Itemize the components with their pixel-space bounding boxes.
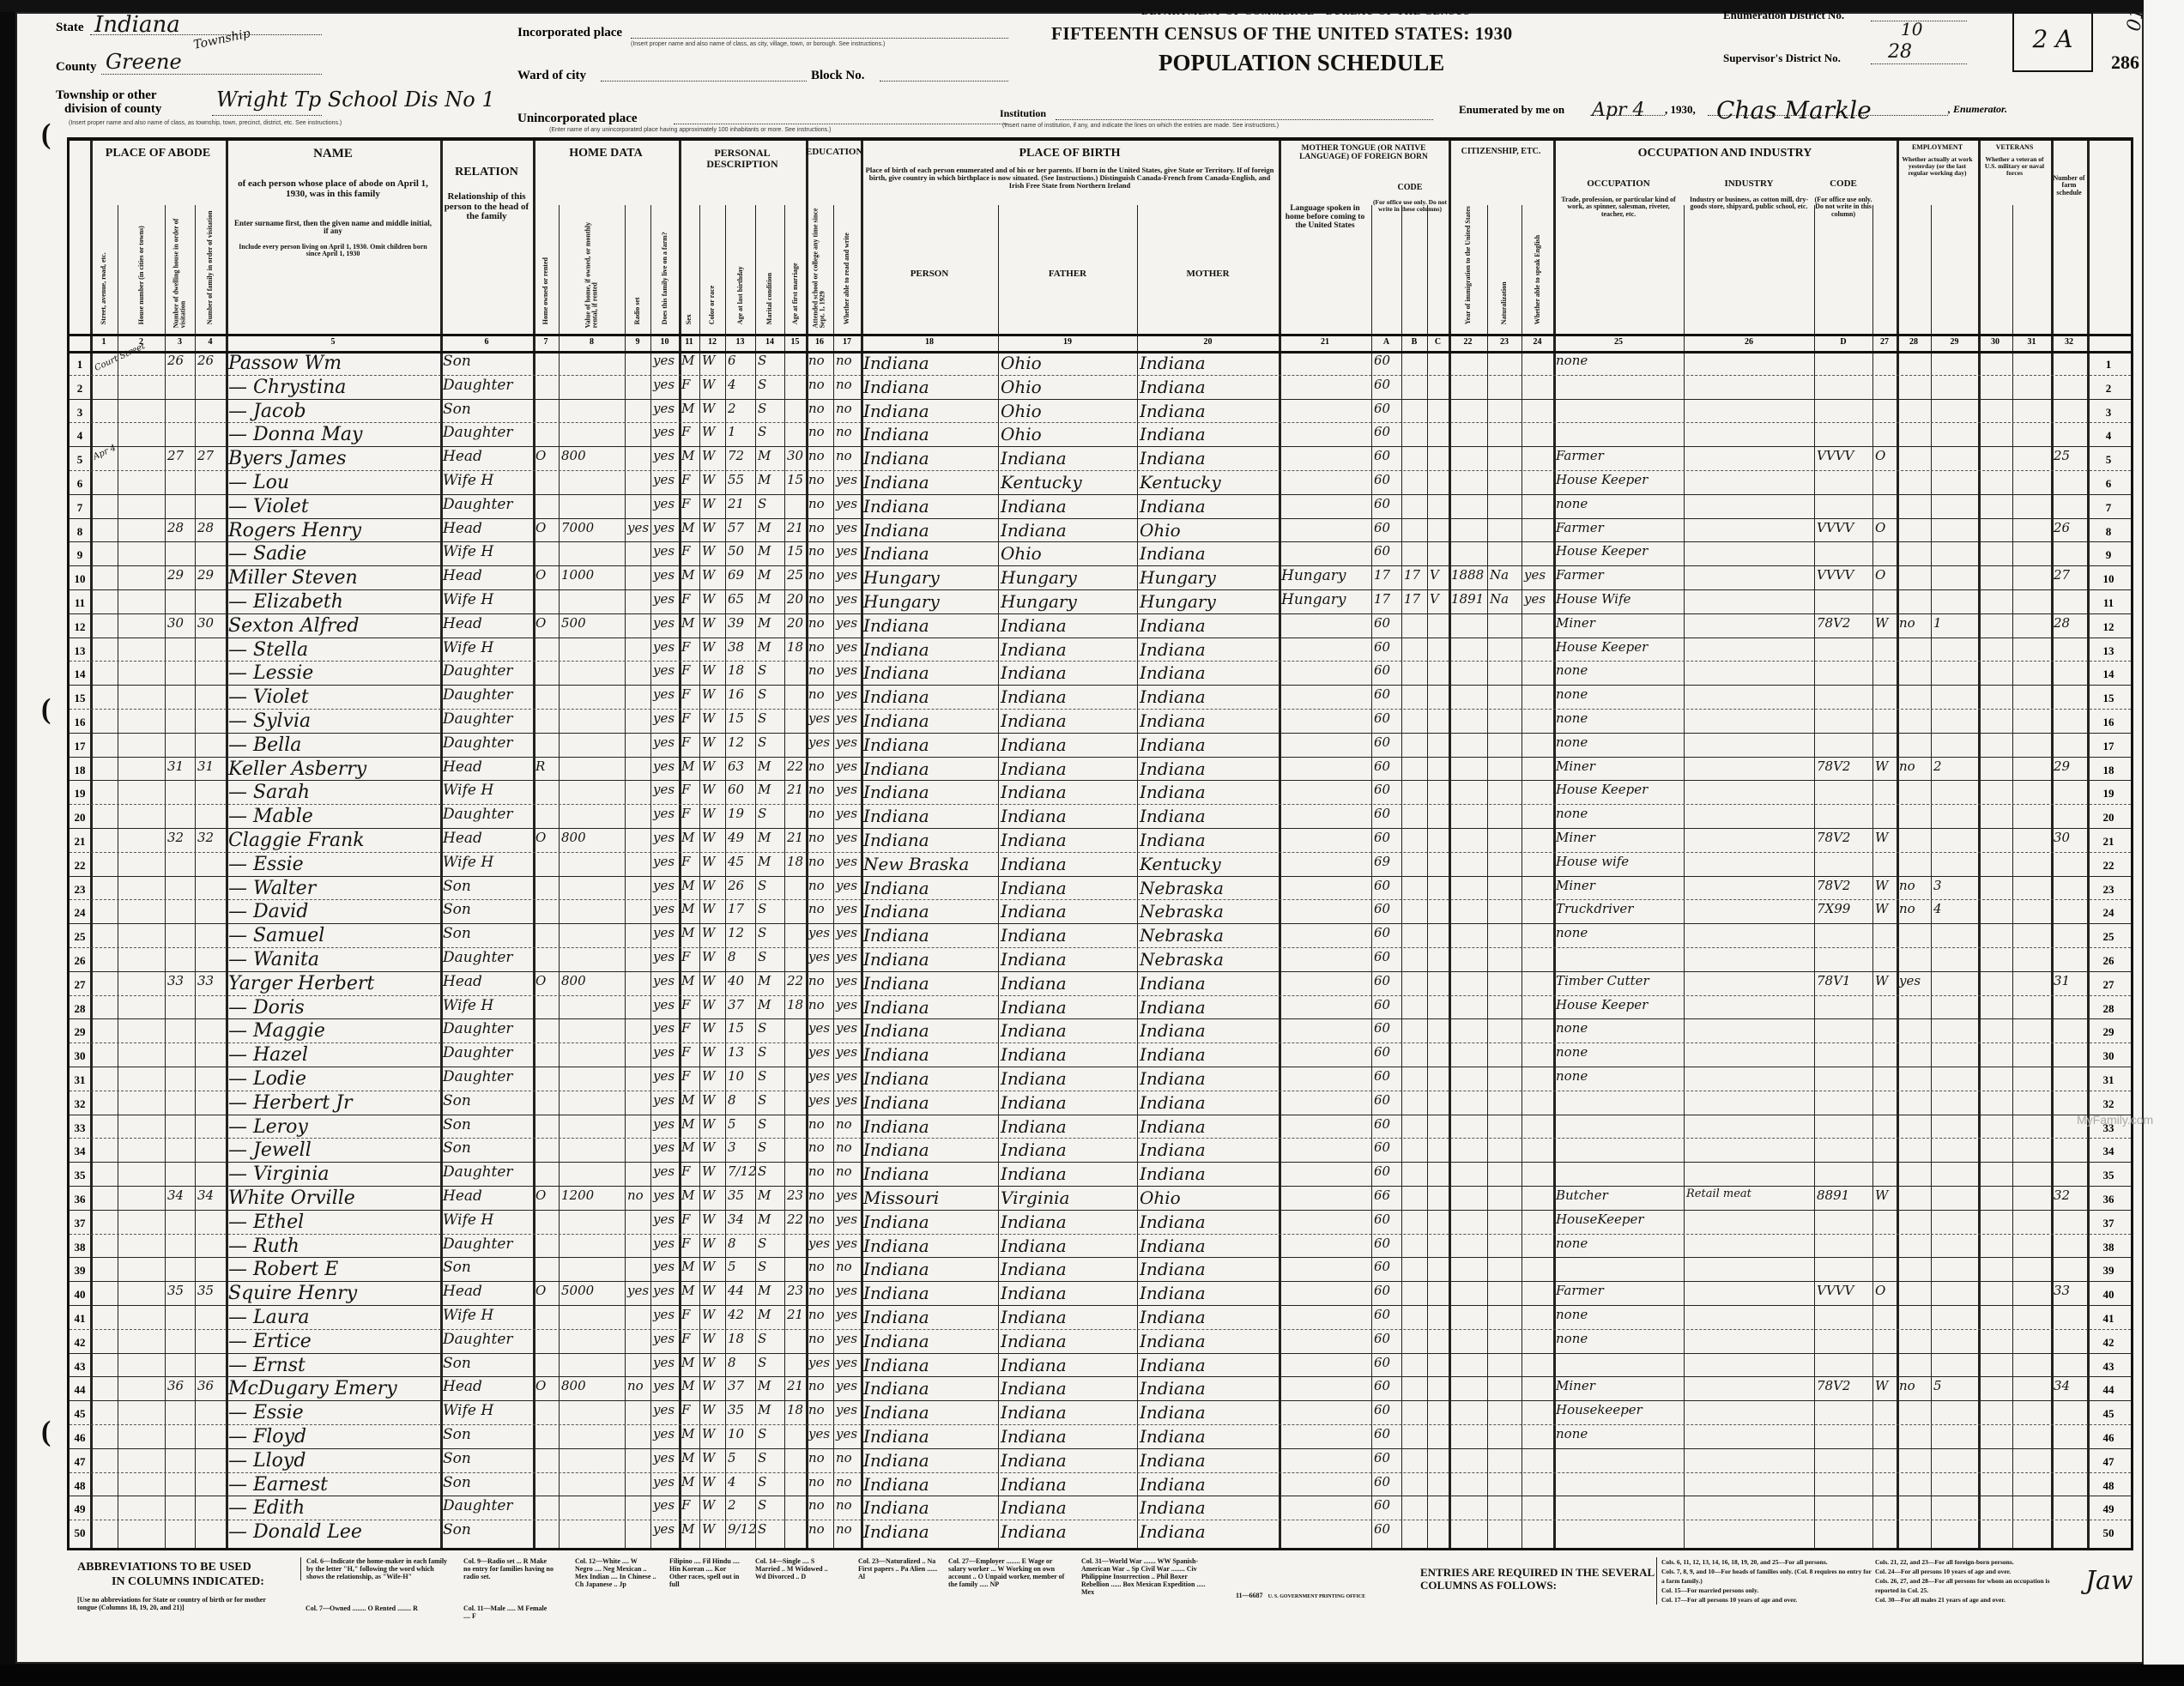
cell-name: — Violet	[228, 686, 309, 708]
line-number: 16	[70, 716, 89, 729]
column-number: 5	[226, 337, 440, 347]
cell-relation: Wife H	[443, 472, 493, 489]
cell-read: yes	[836, 1068, 857, 1084]
cell-race: W	[702, 1307, 715, 1322]
cell-first-marriage: 23	[787, 1283, 803, 1298]
cell-school: no	[808, 878, 825, 893]
cell-name: Squire Henry	[228, 1283, 357, 1304]
cell-class: W	[1875, 615, 1888, 631]
line-number: 45	[2099, 1407, 2118, 1421]
column-number: 30	[1978, 337, 2012, 347]
cell-race: W	[702, 901, 715, 916]
line-number: 35	[70, 1169, 89, 1182]
cell-birth: Indiana	[863, 1068, 929, 1089]
cell-unemp: 2	[1933, 758, 1942, 774]
cell-dwelling: 35	[167, 1283, 184, 1298]
cell-read: yes	[836, 973, 857, 988]
column-number: 1	[90, 337, 118, 347]
cell-code-a: 60	[1374, 1402, 1390, 1417]
cell-mother: Indiana	[1140, 1259, 1206, 1279]
cell-marital: S	[758, 1068, 766, 1084]
cell-relation: Head	[443, 830, 482, 847]
cell-relation: Son	[443, 1092, 471, 1109]
cell-school: no	[808, 448, 825, 463]
cell-farm: yes	[653, 1474, 675, 1490]
cell-race: W	[702, 1521, 715, 1537]
cell-name: Miller Steven	[228, 567, 358, 589]
binding-mark: (	[41, 693, 51, 726]
cell-value: 7000	[561, 520, 594, 535]
table-row: 3838— RuthDaughteryesFW8SyesyesIndianaIn…	[70, 1234, 2131, 1258]
cell-race: W	[702, 806, 715, 821]
cell-farm: yes	[653, 1187, 675, 1203]
cell-code-a: 60	[1374, 520, 1390, 535]
scan-border-bottom	[0, 1665, 2184, 1686]
cell-occupation: House Keeper	[1556, 997, 1648, 1012]
cell-value: 5000	[561, 1283, 594, 1298]
cell-occupation: Miner	[1556, 615, 1595, 631]
abbrev-title-1: ABBREVIATIONS TO BE USED	[77, 1560, 264, 1574]
line-number: 2	[70, 382, 89, 396]
cell-code-c: V	[1430, 591, 1439, 607]
institution-field	[1056, 107, 1433, 120]
cell-farm-sched: 26	[2054, 520, 2070, 535]
cell-name: Keller Asberry	[228, 758, 366, 780]
table-row: 3737— EthelWife HyesFW34M22noyesIndianaI…	[70, 1210, 2131, 1234]
cell-read: no	[836, 1116, 852, 1132]
cell-race: W	[702, 520, 715, 535]
cell-race: W	[702, 377, 715, 392]
cell-age: 26	[728, 878, 744, 893]
cell-school: no	[808, 997, 825, 1012]
cell-read: yes	[836, 520, 857, 535]
column-number: 16	[806, 337, 833, 347]
cell-farm: yes	[653, 639, 675, 655]
cell-class: W	[1875, 973, 1888, 988]
table-row: 3333— LeroySonyesMW5SnonoIndianaIndianaI…	[70, 1115, 2131, 1139]
cell-name: — Earnest	[228, 1474, 328, 1496]
cell-immig: 1891	[1451, 591, 1484, 607]
cell-occupation: Housekeeper	[1556, 1402, 1643, 1417]
cell-read: yes	[836, 496, 857, 511]
header-personal-description: PERSONAL DESCRIPTION	[679, 148, 806, 169]
cell-family: 30	[197, 615, 214, 631]
line-number: 7	[2099, 501, 2118, 515]
cell-name: — Elizabeth	[228, 591, 343, 613]
cell-class: W	[1875, 878, 1888, 893]
cell-father: Indiana	[1001, 1355, 1067, 1375]
cell-farm: yes	[653, 448, 675, 463]
cell-birth: Indiana	[863, 1212, 929, 1232]
line-number: 25	[2099, 930, 2118, 944]
req8: Col. 30—For all males 21 years of age an…	[1875, 1595, 2072, 1604]
cell-race: W	[702, 496, 715, 511]
cell-occupation: Farmer	[1556, 567, 1604, 583]
cell-marital: S	[758, 686, 766, 702]
column-number: 23	[1487, 337, 1522, 347]
table-row: 1616— SylviaDaughteryesFW15SyesyesIndian…	[70, 709, 2131, 733]
cell-farm: yes	[653, 806, 675, 821]
table-row: 4949— EdithDaughteryesFW2SnonoIndianaInd…	[70, 1496, 2131, 1520]
cell-first-marriage: 21	[787, 782, 803, 797]
cell-occupation: none	[1556, 1020, 1588, 1036]
cell-sex: M	[681, 1116, 694, 1132]
cell-mother: Indiana	[1140, 710, 1206, 731]
cell-marital: M	[758, 1307, 771, 1322]
column-number: 19	[998, 337, 1137, 347]
cell-father: Ohio	[1001, 353, 1042, 373]
cell-mother: Indiana	[1140, 1331, 1206, 1351]
entries-required-list-2: Cols. 21, 22, and 23—For all foreign-bor…	[1875, 1557, 2072, 1604]
line-number: 37	[2099, 1217, 2118, 1230]
column-number: 17	[833, 337, 861, 347]
cell-farm: yes	[653, 591, 675, 607]
table-row: 33— JacobSonyesMW2SnonoIndianaOhioIndian…	[70, 399, 2131, 423]
cell-family: 32	[197, 830, 214, 845]
cell-father: Indiana	[1001, 830, 1067, 850]
cell-marital: M	[758, 1402, 771, 1417]
cell-marital: S	[758, 710, 766, 726]
line-number: 49	[70, 1502, 89, 1516]
cell-race: W	[702, 1378, 715, 1393]
cell-birth: Indiana	[863, 424, 929, 444]
cell-father: Indiana	[1001, 1474, 1067, 1495]
ward-field	[601, 69, 807, 82]
cell-code-a: 60	[1374, 925, 1390, 940]
cell-school: yes	[808, 1068, 830, 1084]
cell-occupation: none	[1556, 1426, 1588, 1441]
cell-school: no	[808, 520, 825, 535]
cell-age: 19	[728, 806, 744, 821]
cell-school: no	[808, 662, 825, 678]
cell-father: Indiana	[1001, 662, 1067, 683]
cell-school: no	[808, 639, 825, 655]
cell-age: 65	[728, 591, 744, 607]
cell-mother: Indiana	[1140, 401, 1206, 421]
census-title: FIFTEENTH CENSUS OF THE UNITED STATES: 1…	[1051, 23, 1513, 45]
cell-first-marriage: 22	[787, 1212, 803, 1227]
entries-required-list-1: Cols. 6, 11, 12, 13, 14, 16, 18, 19, 20,…	[1656, 1557, 1872, 1604]
cell-birth: Indiana	[863, 1092, 929, 1113]
cell-school: no	[808, 496, 825, 511]
cell-sex: F	[681, 543, 690, 559]
cell-read: yes	[836, 710, 857, 726]
cell-relation: Wife H	[443, 639, 493, 656]
cell-value: 500	[561, 615, 586, 631]
cell-age: 8	[728, 949, 736, 964]
cell-relation: Daughter	[443, 1236, 513, 1253]
cell-farm: yes	[653, 1259, 675, 1274]
cell-sex: M	[681, 1426, 694, 1441]
cell-code-d: 7X99	[1817, 901, 1850, 916]
cell-father: Indiana	[1001, 448, 1067, 468]
cell-read: yes	[836, 1402, 857, 1417]
cell-mother: Indiana	[1140, 639, 1206, 660]
cell-occupation: House Keeper	[1556, 639, 1648, 655]
cell-read: yes	[836, 543, 857, 559]
cell-father: Indiana	[1001, 997, 1067, 1018]
cell-birth: New Braska	[863, 854, 969, 874]
cell-farm: yes	[653, 1236, 675, 1251]
cell-marital: M	[758, 1283, 771, 1298]
cell-code-a: 66	[1374, 1187, 1390, 1203]
cell-read: no	[836, 1497, 852, 1513]
cell-name: — Doris	[228, 997, 305, 1018]
cell-age: 6	[728, 353, 736, 368]
institution-label: Institution	[1000, 107, 1046, 120]
cell-age: 18	[728, 1331, 744, 1346]
reviewer-initials: Jaw	[2085, 1566, 2133, 1596]
cell-marital: M	[758, 1212, 771, 1227]
cell-school: no	[808, 1283, 825, 1298]
cell-age: 1	[728, 424, 736, 439]
cell-owned: O	[535, 448, 546, 463]
cell-birth: Indiana	[863, 1331, 929, 1351]
line-number: 5	[2099, 453, 2118, 467]
township-note: (Insert proper name and also name of cla…	[69, 120, 342, 126]
cell-birth: Indiana	[863, 639, 929, 660]
cell-school: yes	[808, 925, 830, 940]
cell-sex: M	[681, 615, 694, 631]
cell-sex: M	[681, 1259, 694, 1274]
cell-read: yes	[836, 1307, 857, 1322]
binding-mark: (	[41, 1416, 51, 1448]
cell-father: Indiana	[1001, 854, 1067, 874]
cell-marital: S	[758, 1355, 766, 1370]
cell-age: 42	[728, 1307, 744, 1322]
cell-school: no	[808, 901, 825, 916]
column-number: 4	[195, 337, 226, 347]
line-number: 41	[70, 1312, 89, 1326]
cell-father: Ohio	[1001, 424, 1042, 444]
cell-race: W	[702, 734, 715, 750]
line-number: 32	[70, 1097, 89, 1111]
cell-code-a: 60	[1374, 353, 1390, 368]
cell-farm: yes	[653, 686, 675, 702]
cell-farm: yes	[653, 1378, 675, 1393]
cell-school: yes	[808, 710, 830, 726]
cell-mother: Indiana	[1140, 1044, 1206, 1065]
cell-marital: M	[758, 1378, 771, 1393]
cell-age: 7/12	[728, 1163, 757, 1179]
table-row: 77— VioletDaughteryesFW21SnoyesIndianaIn…	[70, 494, 2131, 518]
col6-note: Col. 6—Indicate the home-maker in each f…	[300, 1557, 448, 1580]
cell-school: no	[808, 1163, 825, 1179]
cell-farm: yes	[653, 567, 675, 583]
cell-nat: Na	[1490, 591, 1509, 607]
cell-occupation: none	[1556, 925, 1588, 940]
line-number: 44	[70, 1383, 89, 1397]
cell-occupation: Timber Cutter	[1556, 973, 1649, 988]
cell-read: no	[836, 353, 852, 368]
cell-name: — Leroy	[228, 1116, 308, 1138]
cell-relation: Head	[443, 448, 482, 465]
cell-race: W	[702, 615, 715, 631]
cell-family: 35	[197, 1283, 214, 1298]
cell-code-a: 60	[1374, 1426, 1390, 1441]
cell-father: Indiana	[1001, 686, 1067, 707]
cell-birth: Indiana	[863, 878, 929, 898]
subheader-rotated: Marital condition	[766, 204, 773, 324]
header-veterans: VETERANS	[1978, 144, 2051, 151]
cell-sex: F	[681, 639, 690, 655]
cell-code-a: 60	[1374, 1450, 1390, 1465]
cell-mother: Indiana	[1140, 1068, 1206, 1089]
cell-dwelling: 31	[167, 758, 184, 774]
cell-relation: Head	[443, 520, 482, 537]
cell-code-a: 60	[1374, 782, 1390, 797]
col9-note: Col. 9—Radio set ... R Make no entry for…	[463, 1557, 554, 1580]
cell-read: yes	[836, 1378, 857, 1393]
header-employment: EMPLOYMENT	[1897, 144, 1978, 151]
cell-name: — Samuel	[228, 925, 324, 946]
cell-farm: yes	[653, 1116, 675, 1132]
cell-owned: O	[535, 1283, 546, 1298]
cell-mother: Indiana	[1140, 1139, 1206, 1160]
cell-read: no	[836, 1259, 852, 1274]
cell-marital: S	[758, 806, 766, 821]
cell-father: Indiana	[1001, 1521, 1067, 1542]
enumerated-year: , 1930,	[1665, 103, 1696, 117]
subheader-rotated: Age at last birthday	[736, 204, 743, 324]
cell-sex: F	[681, 1020, 690, 1036]
header-code2-desc: (For office use only. Do not write in th…	[1814, 196, 1872, 218]
cell-owned: O	[535, 1378, 546, 1393]
line-number: 27	[2099, 978, 2118, 992]
cell-relation: Wife H	[443, 1212, 493, 1229]
cell-age: 2	[728, 401, 736, 416]
cell-farm-sched: 31	[2054, 973, 2070, 988]
column-number: 6	[440, 337, 533, 347]
cell-mother: Hungary	[1140, 567, 1216, 588]
cell-read: yes	[836, 1236, 857, 1251]
township-value: Wright Tp School Dis No 1	[216, 88, 495, 112]
header-home-data: HOME DATA	[533, 148, 679, 160]
township-label-line2: division of county	[64, 102, 161, 116]
cell-sex: M	[681, 353, 694, 368]
line-number: 29	[2099, 1025, 2118, 1039]
cell-owned: O	[535, 973, 546, 988]
cell-birth: Indiana	[863, 1139, 929, 1160]
cell-relation: Wife H	[443, 1307, 493, 1324]
cell-sex: F	[681, 424, 690, 439]
line-number: 47	[2099, 1455, 2118, 1469]
cell-age: 5	[728, 1116, 736, 1132]
cell-relation: Daughter	[443, 1068, 513, 1085]
cell-father: Indiana	[1001, 1450, 1067, 1471]
cell-birth: Indiana	[863, 1402, 929, 1423]
cell-father: Indiana	[1001, 1020, 1067, 1041]
cell-age: 8	[728, 1092, 736, 1108]
table-row: 66— LouWife HyesFW55M15noyesIndianaKentu…	[70, 470, 2131, 494]
subheader-rotated: Number of dwelling house in order of vis…	[172, 208, 187, 328]
cell-farm: yes	[653, 1139, 675, 1155]
cell-name: — David	[228, 901, 308, 922]
cell-race: W	[702, 401, 715, 416]
cell-farm: yes	[653, 1355, 675, 1370]
cell-farm-sched: 27	[2054, 567, 2070, 583]
cell-name: Yarger Herbert	[228, 973, 374, 994]
cell-school: no	[808, 401, 825, 416]
cell-age: 37	[728, 1378, 744, 1393]
cell-first-marriage: 23	[787, 1187, 803, 1203]
cell-father: Indiana	[1001, 1259, 1067, 1279]
line-number: 18	[70, 764, 89, 777]
cell-mother: Indiana	[1140, 1163, 1206, 1184]
table-row: 1919— SarahWife HyesFW60M21noyesIndianaI…	[70, 780, 2131, 804]
column-number: 9	[625, 337, 650, 347]
cell-read: no	[836, 448, 852, 463]
cell-marital: S	[758, 949, 766, 964]
cell-race: W	[702, 591, 715, 607]
cell-farm: yes	[653, 1521, 675, 1537]
cell-read: yes	[836, 782, 857, 797]
incorporated-label: Incorporated place	[517, 26, 622, 40]
cell-sex: F	[681, 1044, 690, 1060]
req3: Col. 15—For married persons only.	[1661, 1586, 1872, 1595]
cell-mother: Indiana	[1140, 1116, 1206, 1137]
cell-marital: S	[758, 1331, 766, 1346]
cell-school: no	[808, 830, 825, 845]
cell-occupation: none	[1556, 662, 1588, 678]
cell-farm: yes	[653, 854, 675, 869]
cell-read: yes	[836, 662, 857, 678]
header-name-desc: of each person whose place of abode on A…	[233, 179, 433, 199]
cell-read: no	[836, 1521, 852, 1537]
line-number: 13	[70, 644, 89, 658]
cell-sex: M	[681, 1521, 694, 1537]
supervisor-label: Supervisor's District No.	[1723, 51, 1841, 65]
cell-lang: Hungary	[1281, 567, 1346, 584]
line-number: 42	[2099, 1336, 2118, 1350]
cell-name: — Stella	[228, 639, 308, 661]
cell-school: no	[808, 1402, 825, 1417]
cell-birth: Indiana	[863, 758, 929, 779]
cell-sex: F	[681, 1307, 690, 1322]
ward-label: Ward of city	[517, 69, 586, 83]
cell-code-a: 60	[1374, 1236, 1390, 1251]
cell-mother: Nebraska	[1140, 925, 1224, 946]
cell-marital: S	[758, 1426, 766, 1441]
cell-relation: Daughter	[443, 1020, 513, 1037]
township-label-line1: Township or other	[56, 88, 161, 102]
line-number: 28	[2099, 1002, 2118, 1016]
cell-age: 17	[728, 901, 744, 916]
cell-name: — Essie	[228, 1402, 304, 1423]
cell-owned: R	[535, 758, 545, 774]
cell-farm-sched: 29	[2054, 758, 2070, 774]
cell-father: Virginia	[1001, 1187, 1069, 1208]
cell-birth: Indiana	[863, 1116, 929, 1137]
cell-code-d: VVVV	[1817, 448, 1854, 463]
cell-code-a: 60	[1374, 401, 1390, 416]
cell-code-a: 60	[1374, 472, 1390, 487]
cell-race: W	[702, 973, 715, 988]
cell-age: 35	[728, 1402, 744, 1417]
cell-birth: Indiana	[863, 615, 929, 636]
cell-marital: M	[758, 591, 771, 607]
cell-mother: Nebraska	[1140, 901, 1224, 922]
line-number: 50	[70, 1526, 89, 1540]
column-number: 32	[2051, 337, 2087, 347]
line-number: 45	[70, 1407, 89, 1421]
cell-family: 26	[197, 353, 214, 368]
enumerator-label: , Enumerator.	[1948, 103, 2007, 116]
cell-code-d: VVVV	[1817, 1283, 1854, 1298]
cell-relation: Wife H	[443, 543, 493, 560]
cell-race: W	[702, 1163, 715, 1179]
cell-farm: yes	[653, 782, 675, 797]
